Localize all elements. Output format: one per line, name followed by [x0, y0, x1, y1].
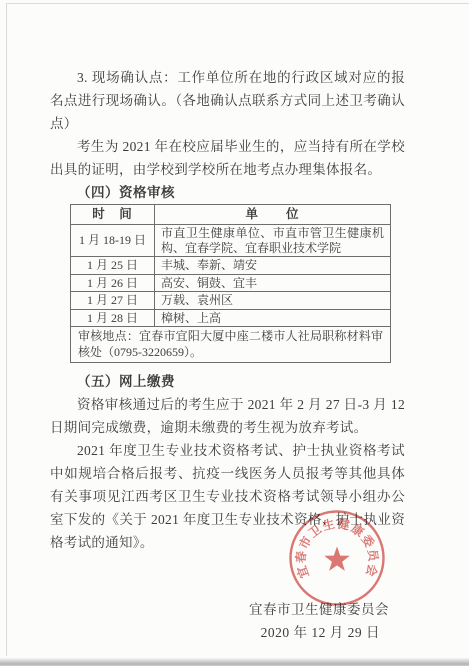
scan-edge-bottom — [0, 658, 469, 666]
table-header-unit: 单 位 — [155, 205, 391, 225]
cell-date: 1 月 25 日 — [71, 257, 155, 275]
qualification-review-table: 时 间 单 位 1 月 18-19 日 市直卫生健康单位、市直市管卫生健康机构、… — [70, 204, 391, 363]
table-header-time: 时 间 — [71, 205, 155, 225]
scanned-document-page: 3. 现场确认点：工作单位所在地的行政区域对应的报名点进行现场确认。（各地确认点… — [0, 0, 469, 666]
cell-units: 高安、铜鼓、宜丰 — [155, 274, 391, 292]
table-row: 1 月 27 日 万载、袁州区 — [71, 292, 391, 310]
cell-date: 1 月 27 日 — [71, 292, 155, 310]
table-row: 1 月 25 日 丰城、奉新、靖安 — [71, 257, 391, 275]
cell-units: 市直卫生健康单位、市直市管卫生健康机构、宜春学院、宜春职业技术学院 — [155, 225, 391, 257]
signature-date: 2020 年 12 月 29 日 — [50, 621, 405, 644]
paragraph-graduates: 考生为 2021 年在校应届毕业生的，应当持有所在学校出具的证明，由学校到学校所… — [50, 135, 405, 181]
table-row: 1 月 28 日 樟树、上高 — [71, 309, 391, 327]
table-header-row: 时 间 单 位 — [71, 205, 391, 225]
cell-units: 樟树、上高 — [155, 309, 391, 327]
cell-date: 1 月 26 日 — [71, 274, 155, 292]
review-location-note: 审核地点：宜春市宜阳大厦中座二楼市人社局职称材料审核处（0795-3220659… — [71, 327, 391, 363]
cell-units: 丰城、奉新、靖安 — [155, 257, 391, 275]
cell-date: 1 月 28 日 — [71, 309, 155, 327]
scan-edge-left — [6, 3, 7, 656]
cell-units: 万载、袁州区 — [155, 292, 391, 310]
signature-block: 宜春市卫生健康委员会 2020 年 12 月 29 日 — [50, 598, 405, 644]
paragraph-notice-reference: 2021 年度卫生专业技术资格考试、护士执业资格考试中如规培合格后报考、抗疫一线… — [50, 439, 405, 554]
section-heading-online-payment: （五）网上缴费 — [50, 370, 405, 393]
table-footer-row: 审核地点：宜春市宜阳大厦中座二楼市人社局职称材料审核处（0795-3220659… — [71, 327, 391, 363]
scan-edge-top — [6, 3, 469, 4]
table-row: 1 月 18-19 日 市直卫生健康单位、市直市管卫生健康机构、宜春学院、宜春职… — [71, 225, 391, 257]
table-row: 1 月 26 日 高安、铜鼓、宜丰 — [71, 274, 391, 292]
cell-date: 1 月 18-19 日 — [71, 225, 155, 257]
paragraph-payment: 资格审核通过后的考生应于 2021 年 2 月 27 日-3 月 12 日期间完… — [50, 393, 405, 439]
signature-organization: 宜春市卫生健康委员会 — [50, 598, 405, 621]
paragraph-onsite-confirmation: 3. 现场确认点：工作单位所在地的行政区域对应的报名点进行现场确认。（各地确认点… — [50, 66, 405, 135]
document-content: 3. 现场确认点：工作单位所在地的行政区域对应的报名点进行现场确认。（各地确认点… — [50, 66, 405, 644]
section-heading-qualification-review: （四）资格审核 — [50, 181, 405, 204]
